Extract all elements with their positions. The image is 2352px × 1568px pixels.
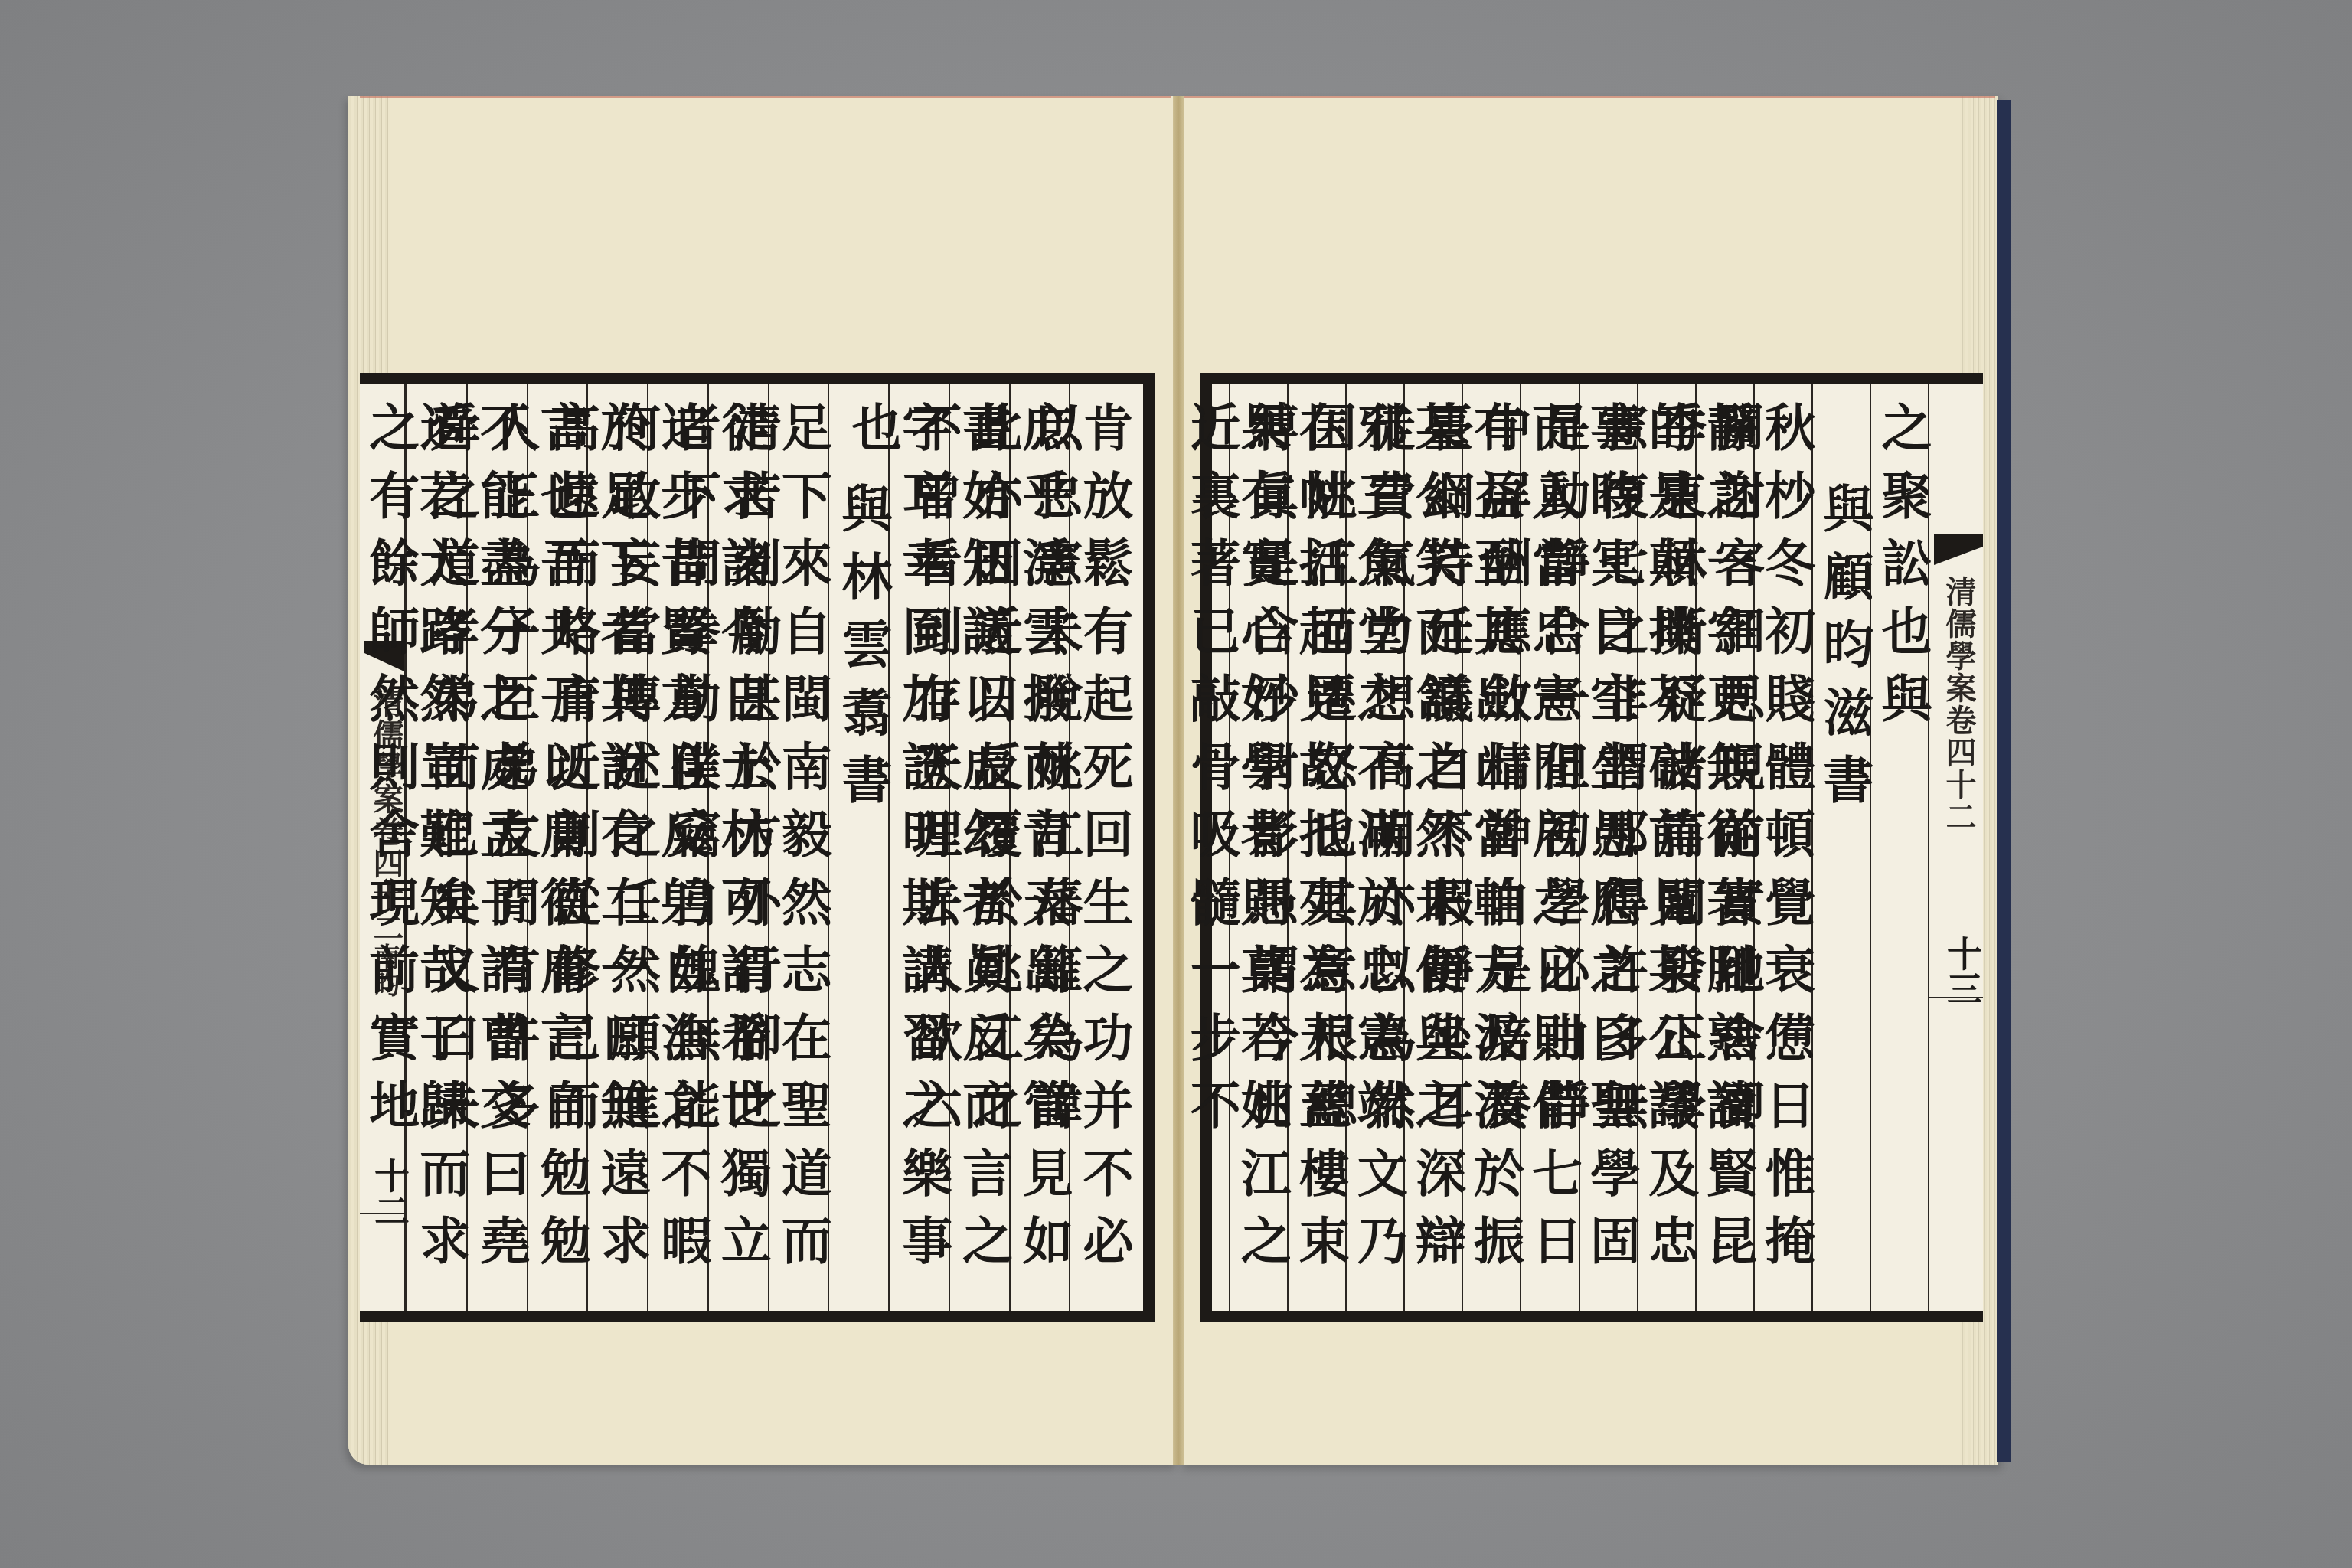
text-column: 足下來自閩南毅然志在聖道而淸苦刻勵甚於方外行腳之 — [768, 384, 828, 1311]
banxin-rule — [360, 1213, 404, 1214]
text-column: 於足下者其說有二一曰無遠求高遠而略庸近則從修己而 — [586, 384, 647, 1311]
column-text: 道若大路然豈難知哉子歸而求之有餘師然則舍現前實地 — [407, 401, 466, 1311]
letter-heading: 與顧昀滋書 — [1813, 482, 1870, 822]
text-column: 事時冥目空坐愚應之曰聖學固是動靜合一但初學必由靜 — [1579, 384, 1637, 1311]
left-text-columns: 肯放鬆有起死回生之功并不必以忠憲未脫姚江藩籬為諱 庶乎浮雲撥而靑天出矣管見如此亦… — [406, 384, 1129, 1311]
text-column: 不能盡分之處孟子謂曹交曰堯舜之道孝弟而已矣又曰夫 — [466, 384, 527, 1311]
left-printed-frame: 清儒學案卷四十二 南昀 十二 肯放鬆有起死回生之功并不必以忠憲未脫姚江藩籬為諱 … — [360, 373, 1155, 1322]
column-text: 在帖括起見故抵死為天蓋樓束縛眞是含沙射影愚謂今日 — [1289, 401, 1345, 1311]
blue-cover-edge — [1997, 100, 2011, 1462]
text-column: 而入當忠憲閒居之日則借七日中屏酬應斂精神自是培養 — [1520, 384, 1578, 1311]
text-column: 的是顛撲不破前見某公議及忠憲復七之非謂那得許多無 — [1637, 384, 1695, 1311]
right-text-columns: 之聚訟也與 與顧昀滋書 秋杪冬初賤體頓覺衰憊日惟掩關謝客細思現前實地舍卻 靜之一… — [1229, 384, 1928, 1311]
text-column: 徒求諸今日士林可謂希世獨立者下問拳勤僕竊自媿無能 — [707, 384, 768, 1311]
right-banxin-strip: 清儒學案卷四十二 十三 — [1928, 384, 1983, 1311]
column-text: 果有實心好學者則莫若姚江之近裏著已敲骨吸髓一步不 — [1230, 401, 1287, 1311]
banxin-rule — [1929, 997, 1983, 998]
column-text: 有益至其出山當軸方汲汲於振臺綱持廷議自不暇靜坐耳 — [1463, 401, 1520, 1311]
column-text: 而入當忠憲閒居之日則借七日中屏酬應斂精神自是培養 — [1521, 401, 1578, 1311]
column-text: 於足下者其說有二一曰無遠求高遠而略庸近則從修己而 — [588, 401, 647, 1311]
top-edge-red-stain — [360, 96, 1171, 98]
text-column: 道若大路然豈難知哉子歸而求之有餘師然則舍現前實地 — [406, 384, 466, 1311]
right-printed-frame: 之聚訟也與 與顧昀滋書 秋杪冬初賤體頓覺衰憊日惟掩關謝客細思現前實地舍卻 靜之一… — [1200, 373, 1983, 1322]
column-text: 追步昔賢方且反躬自治之不暇何敢妄當傳述之任然願進 — [648, 401, 707, 1311]
text-column: 庶乎浮雲撥而靑天出矣管見如此亦因近日反覆於姚江之 — [1009, 384, 1070, 1311]
column-text: 庶乎浮雲撥而靑天出矣管見如此亦因近日反覆於姚江之 — [1011, 401, 1070, 1311]
letter-heading: 與林雲翥書 — [829, 482, 888, 822]
column-text: 事時冥目空坐愚應之曰聖學固是動靜合一但初學必由靜 — [1580, 401, 1637, 1311]
column-text: 書始知議以虛幻者眞反而言之不曾看到存天理去人欲六 — [950, 401, 1009, 1311]
text-column: 與顧昀滋書 — [1811, 384, 1870, 1311]
text-column: 果有實心好學者則莫若姚江之近裏著已敲骨吸髓一步不 — [1229, 384, 1287, 1311]
column-text: 字耳幸同加證明斯講習之樂事也 — [890, 401, 949, 1311]
column-text: 足下來自閩南毅然志在聖道而淸苦刻勵甚於方外行腳之 — [769, 401, 828, 1311]
text-column: 靜之一字更無從著腳熟讀賢昆季東林晰疑諸篇闡發正學 — [1695, 384, 1753, 1311]
column-text: 邪三魚堂之不滿於忠憲端文乃因姚江而遷怒也其意根總 — [1347, 401, 1403, 1311]
column-text: 肯放鬆有起死回生之功并不必以忠憲未脫姚江藩籬為諱 — [1070, 401, 1129, 1311]
text-column: 字耳幸同加證明斯講習之樂事也 — [888, 384, 949, 1311]
fishtail-mark-icon — [1934, 534, 1983, 565]
text-column: 秋杪冬初賤體頓覺衰憊日惟掩關謝客細思現前實地舍卻 — [1753, 384, 1811, 1311]
text-column: 書始知議以虛幻者眞反而言之不曾看到存天理去人欲六 — [949, 384, 1009, 1311]
text-column: 有益至其出山當軸方汲汲於振臺綱持廷議自不暇靜坐耳 — [1462, 384, 1520, 1311]
text-column: 在帖括起見故抵死為天蓋樓束縛眞是含沙射影愚謂今日 — [1287, 384, 1345, 1311]
right-banxin-page-number: 十三 — [1937, 936, 1988, 1006]
text-column: 某公笑而頷之然未便與之深辯徒費氣力想高明亦以為然 — [1403, 384, 1462, 1311]
column-text: 的是顛撲不破前見某公議及忠憲復七之非謂那得許多無 — [1638, 401, 1695, 1311]
text-column: 之聚訟也與 — [1870, 384, 1928, 1311]
column-text: 不能盡分之處孟子謂曹交曰堯舜之道孝弟而已矣又曰夫 — [468, 401, 527, 1311]
text-column: 肯放鬆有起死回生之功并不必以忠憲未脫姚江藩籬為諱 — [1069, 384, 1129, 1311]
top-edge-red-stain — [1184, 96, 1995, 98]
text-column: 邪三魚堂之不滿於忠憲端文乃因姚江而遷怒也其意根總 — [1345, 384, 1403, 1311]
text-column: 追步昔賢方且反躬自治之不暇何敢妄當傳述之任然願進 — [647, 384, 707, 1311]
column-text: 之聚訟也與 — [1871, 401, 1928, 740]
text-column: 與林雲翥書 — [828, 384, 888, 1311]
right-banxin-title: 清儒學案卷四十二 — [1937, 576, 1981, 833]
column-text: 言也吾夫子以庸德庸言自勉勉人正為子臣弟友閒有許多 — [528, 401, 587, 1311]
column-text: 秋杪冬初賤體頓覺衰憊日惟掩關謝客細思現前實地舍卻 — [1755, 401, 1811, 1311]
column-text: 靜之一字更無從著腳熟讀賢昆季東林晰疑諸篇闡發正學 — [1697, 401, 1753, 1311]
column-text: 徒求諸今日士林可謂希世獨立者下問拳勤僕竊自媿無能 — [709, 401, 768, 1311]
column-text: 某公笑而頷之然未便與之深辯徒費氣力想高明亦以為然 — [1405, 401, 1462, 1311]
text-column: 言也吾夫子以庸德庸言自勉勉人正為子臣弟友閒有許多 — [527, 384, 587, 1311]
